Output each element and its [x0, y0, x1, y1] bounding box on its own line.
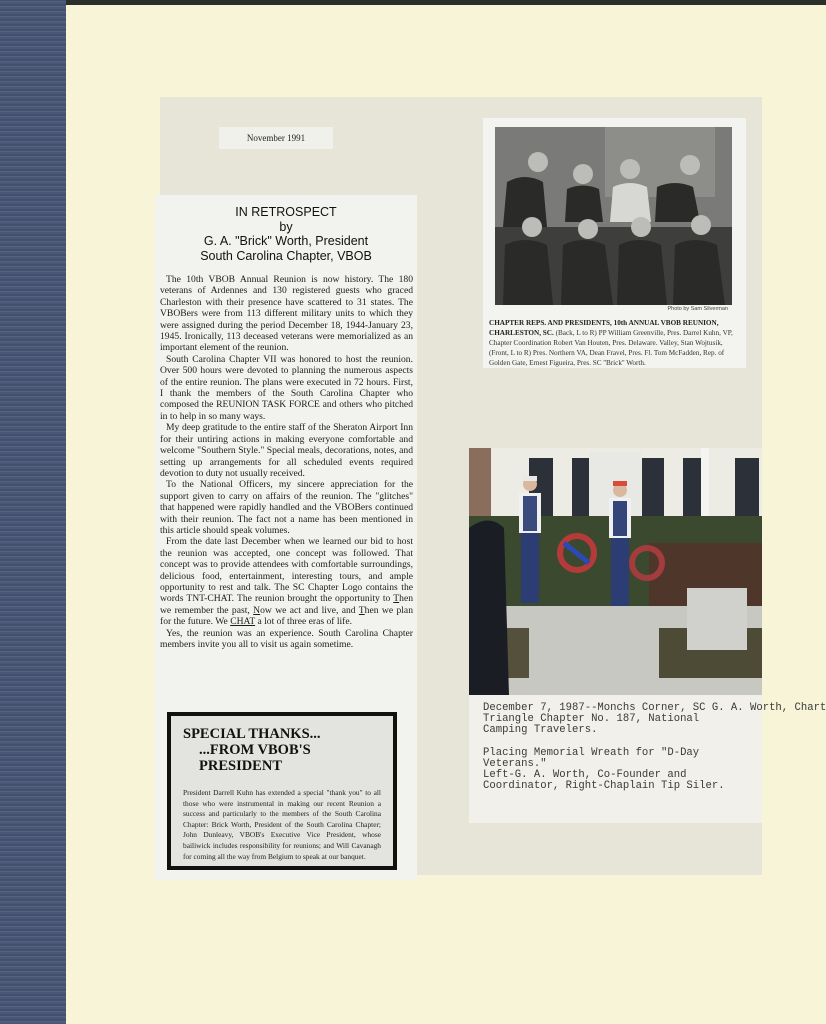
wreath-photo-image: [469, 448, 762, 695]
group-photo: [495, 127, 732, 305]
group-photo-clipping: Photo by Sam Silverman CHAPTER REPS. AND…: [483, 118, 746, 368]
article-paragraph: My deep gratitude to the entire staff of…: [160, 422, 413, 479]
paragraph-text: a lot of three eras of life.: [255, 616, 352, 627]
thanks-heading: SPECIAL THANKS...: [183, 726, 381, 742]
article-by: by: [155, 220, 417, 235]
date-label: November 1991: [219, 127, 333, 149]
album-spine: [0, 0, 66, 1024]
group-photo-image: [495, 127, 732, 305]
article-paragraph: To the National Officers, my sincere app…: [160, 479, 413, 536]
group-photo-caption: CHAPTER REPS. AND PRESIDENTS, 10th ANNUA…: [489, 318, 741, 368]
thanks-subheading: ...FROM VBOB'S PRESIDENT: [183, 742, 381, 774]
article-author: G. A. "Brick" Worth, President: [155, 234, 417, 249]
wreath-photo: [469, 448, 762, 695]
wreath-photo-caption: December 7, 1987--Monchs Corner, SC G. A…: [469, 695, 762, 793]
special-thanks-box: SPECIAL THANKS... ...FROM VBOB'S PRESIDE…: [167, 712, 397, 870]
article-title: IN RETROSPECT: [155, 205, 417, 220]
article-chapter: South Carolina Chapter, VBOB: [155, 249, 417, 264]
thanks-body: President Darrell Kuhn has extended a sp…: [183, 788, 381, 862]
article-header: IN RETROSPECT by G. A. "Brick" Worth, Pr…: [155, 195, 417, 263]
photo-credit: Photo by Sam Silverman: [667, 306, 728, 312]
paragraph-text: ow we act and live, and: [260, 605, 359, 616]
article-paragraph: The 10th VBOB Annual Reunion is now hist…: [160, 274, 413, 354]
wreath-photo-caption-card: December 7, 1987--Monchs Corner, SC G. A…: [469, 695, 762, 823]
article-paragraph: Yes, the reunion was an experience. Sout…: [160, 628, 413, 651]
underlined-word: CHAT: [230, 616, 255, 627]
paragraph-text: From the date last December when we lear…: [160, 536, 413, 604]
article-body: The 10th VBOB Annual Reunion is now hist…: [155, 263, 417, 650]
article-paragraph: From the date last December when we lear…: [160, 536, 413, 627]
article-paragraph: South Carolina Chapter VII was honored t…: [160, 354, 413, 422]
